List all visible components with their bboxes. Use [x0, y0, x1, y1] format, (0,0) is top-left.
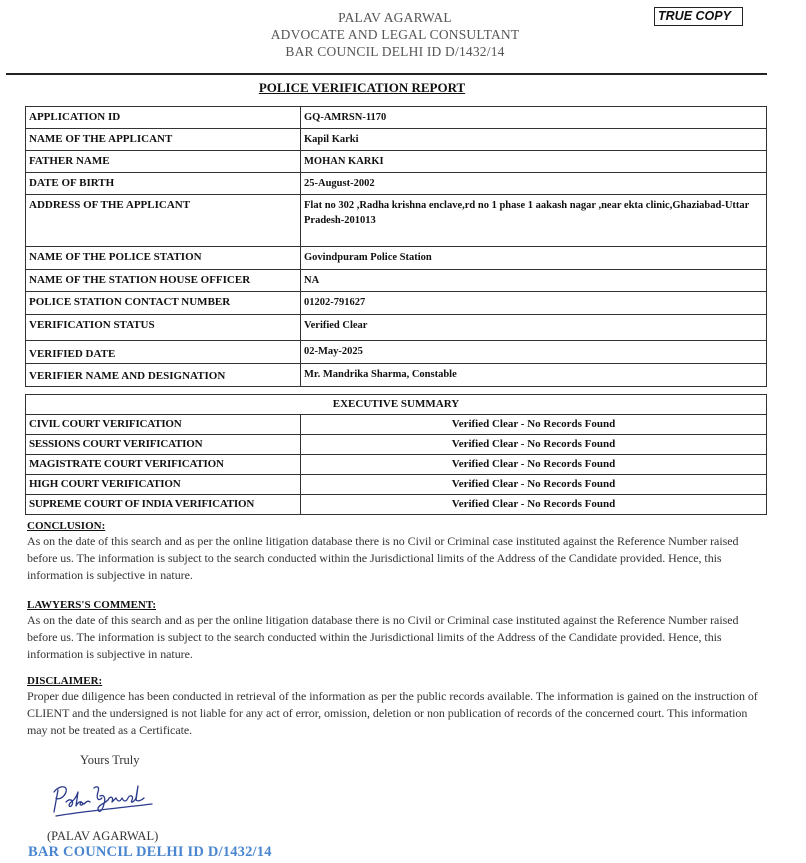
court-status: Verified Clear - No Records Found	[301, 475, 767, 495]
bar-council-id: BAR COUNCIL DELHI ID D/1432/14	[0, 43, 790, 60]
row-label: FATHER NAME	[26, 151, 301, 173]
table-row: HIGH COURT VERIFICATIONVerified Clear - …	[26, 475, 767, 495]
row-label: ADDRESS OF THE APPLICANT	[26, 195, 301, 247]
row-value: NA	[301, 270, 767, 292]
table-row: NAME OF THE STATION HOUSE OFFICERNA	[26, 270, 767, 292]
row-label: POLICE STATION CONTACT NUMBER	[26, 292, 301, 315]
table-row: NAME OF THE POLICE STATIONGovindpuram Po…	[26, 247, 767, 270]
signatory-bar-id: BAR COUNCIL DELHI ID D/1432/14	[28, 844, 272, 861]
header-divider	[6, 73, 767, 75]
disclaimer-label: DISCLAIMER:	[27, 674, 762, 688]
table-row: ADDRESS OF THE APPLICANTFlat no 302 ,Rad…	[26, 195, 767, 247]
signature-image	[48, 778, 163, 826]
lawyers-comment-section: LAWYERS'S COMMENT: As on the date of thi…	[27, 598, 762, 663]
court-label: SESSIONS COURT VERIFICATION	[26, 435, 301, 455]
table-row: MAGISTRATE COURT VERIFICATIONVerified Cl…	[26, 455, 767, 475]
row-value: Kapil Karki	[301, 129, 767, 151]
court-label: MAGISTRATE COURT VERIFICATION	[26, 455, 301, 475]
report-title: POLICE VERIFICATION REPORT	[0, 80, 724, 96]
court-status: Verified Clear - No Records Found	[301, 455, 767, 475]
row-label: VERIFICATION STATUS	[26, 315, 301, 341]
table-row: POLICE STATION CONTACT NUMBER 01202-7916…	[26, 292, 767, 315]
row-value: Verified Clear	[301, 315, 767, 341]
disclaimer-text: Proper due diligence has been conducted …	[27, 688, 762, 739]
row-label: DATE OF BIRTH	[26, 173, 301, 195]
lawyers-comment-text: As on the date of this search and as per…	[27, 612, 762, 663]
row-label: VERIFIED DATE	[26, 341, 301, 364]
table-row: SUPREME COURT OF INDIA VERIFICATIONVerif…	[26, 495, 767, 515]
summary-heading: EXECUTIVE SUMMARY	[26, 395, 767, 415]
row-value: 02-May-2025	[301, 341, 767, 364]
row-label: NAME OF THE POLICE STATION	[26, 247, 301, 270]
row-label: VERIFIER NAME AND DESIGNATION	[26, 364, 301, 387]
lawyers-comment-label: LAWYERS'S COMMENT:	[27, 598, 762, 612]
conclusion-text: As on the date of this search and as per…	[27, 533, 762, 584]
conclusion-label: CONCLUSION:	[27, 519, 762, 533]
table-row: VERIFICATION STATUSVerified Clear	[26, 315, 767, 341]
conclusion-section: CONCLUSION: As on the date of this searc…	[27, 519, 762, 584]
true-copy-stamp: TRUE COPY	[654, 7, 743, 26]
applicant-details-table: APPLICATION IDGQ-AMRSN-1170 NAME OF THE …	[25, 106, 767, 387]
row-value: MOHAN KARKI	[301, 151, 767, 173]
court-label: SUPREME COURT OF INDIA VERIFICATION	[26, 495, 301, 515]
table-row: VERIFIED DATE02-May-2025	[26, 341, 767, 364]
row-value: Govindpuram Police Station	[301, 247, 767, 270]
table-row: APPLICATION IDGQ-AMRSN-1170	[26, 107, 767, 129]
row-value: GQ-AMRSN-1170	[301, 107, 767, 129]
table-row: SESSIONS COURT VERIFICATIONVerified Clea…	[26, 435, 767, 455]
advocate-title: ADVOCATE AND LEGAL CONSULTANT	[0, 26, 790, 43]
table-row: NAME OF THE APPLICANTKapil Karki	[26, 129, 767, 151]
disclaimer-section: DISCLAIMER: Proper due diligence has bee…	[27, 674, 762, 739]
row-label: APPLICATION ID	[26, 107, 301, 129]
signatory-name: (PALAV AGARWAL)	[47, 829, 158, 844]
table-row: CIVIL COURT VERIFICATIONVerified Clear -…	[26, 415, 767, 435]
table-row: DATE OF BIRTH25-August-2002	[26, 173, 767, 195]
executive-summary-table: EXECUTIVE SUMMARY CIVIL COURT VERIFICATI…	[25, 394, 767, 515]
summary-heading-row: EXECUTIVE SUMMARY	[26, 395, 767, 415]
row-value: Flat no 302 ,Radha krishna enclave,rd no…	[301, 195, 767, 247]
table-row: VERIFIER NAME AND DESIGNATIONMr. Mandrik…	[26, 364, 767, 387]
row-label: NAME OF THE STATION HOUSE OFFICER	[26, 270, 301, 292]
court-status: Verified Clear - No Records Found	[301, 415, 767, 435]
row-label: NAME OF THE APPLICANT	[26, 129, 301, 151]
court-status: Verified Clear - No Records Found	[301, 435, 767, 455]
row-value: 01202-791627	[301, 292, 767, 315]
closing-salutation: Yours Truly	[80, 753, 140, 768]
court-status: Verified Clear - No Records Found	[301, 495, 767, 515]
court-label: HIGH COURT VERIFICATION	[26, 475, 301, 495]
row-value: Mr. Mandrika Sharma, Constable	[301, 364, 767, 387]
court-label: CIVIL COURT VERIFICATION	[26, 415, 301, 435]
row-value: 25-August-2002	[301, 173, 767, 195]
table-row: FATHER NAMEMOHAN KARKI	[26, 151, 767, 173]
